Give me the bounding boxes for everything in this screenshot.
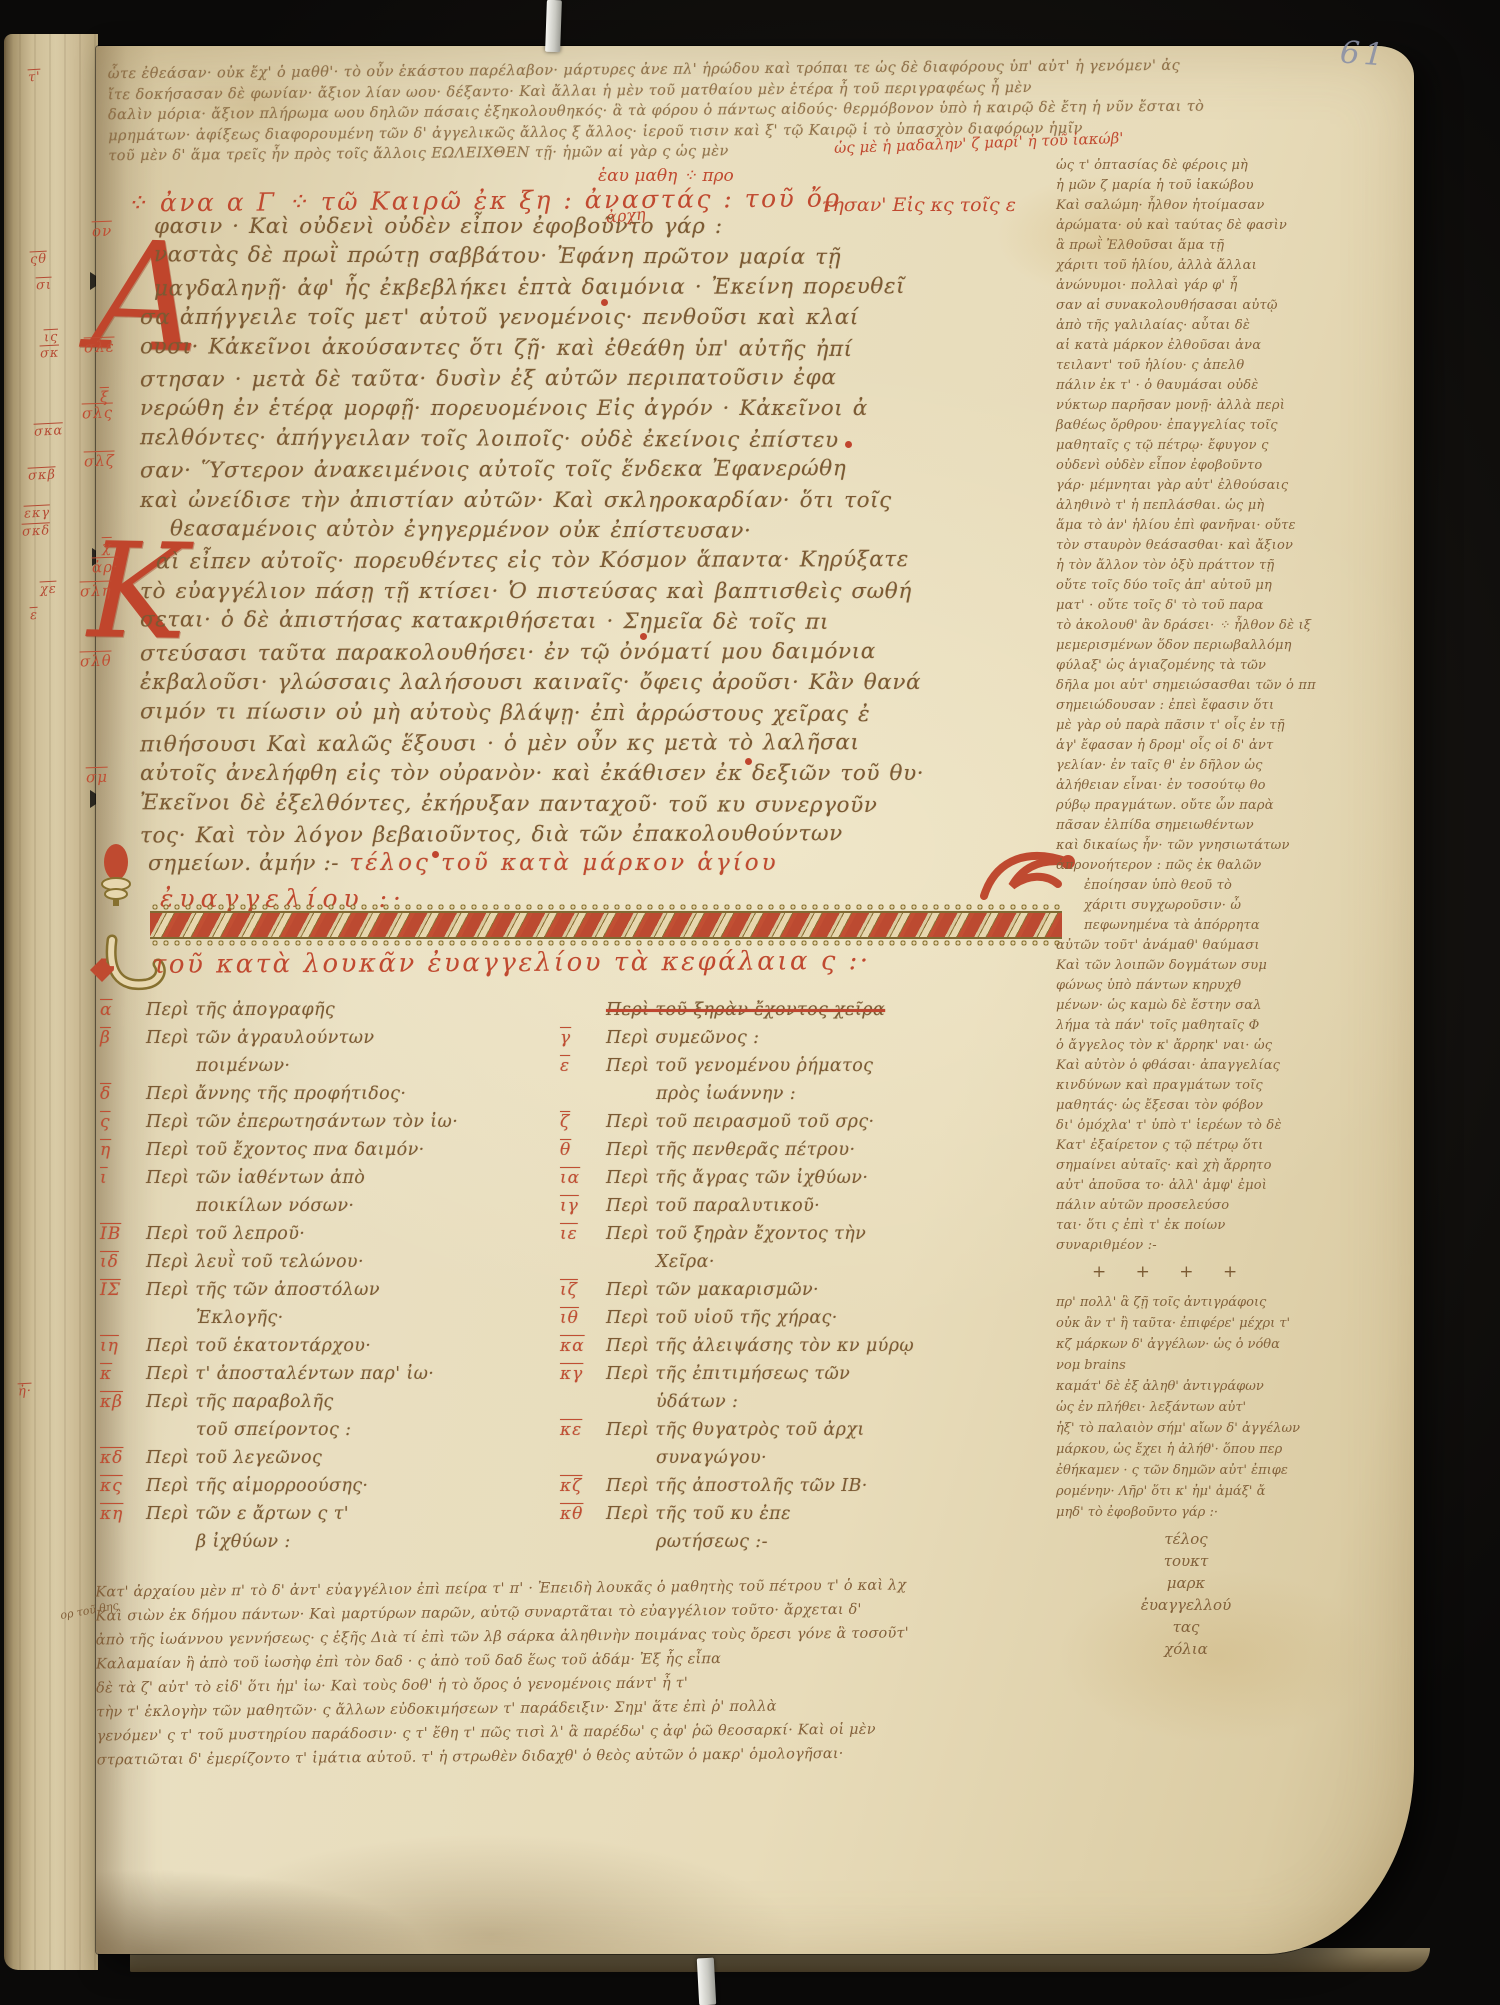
- chapter-title: Περὶ τοῦ λεγεῶνος: [146, 1448, 322, 1468]
- previous-page-section-number: σκδ: [22, 523, 51, 539]
- section-number: ἀρ·: [92, 558, 119, 577]
- text-line: πελθόντες· ἀπήγγειλαν τοῖς λοιποῖς· οὐδὲ…: [140, 423, 1052, 457]
- chapter-title: Περὶ τοῦ παραλυτικοῦ·: [606, 1196, 820, 1216]
- chapter-title: ποιμένων·: [196, 1056, 290, 1076]
- chapter-title: Περὶ τῶν ε ἄρτων ς τ': [146, 1504, 349, 1524]
- chapter-number: κθ: [560, 1504, 606, 1524]
- marginal-note-line: ἀπρονοήτερον : πῶς ἐκ θαλῶν: [1056, 856, 1352, 876]
- chapter-number: ιε: [560, 1224, 606, 1244]
- marginal-note-line: μηδ' τὸ ἐφοβοῦντο γάρ :·: [1056, 1502, 1352, 1523]
- bookmark-ribbon-top: [545, 0, 562, 52]
- marginal-note-line: ἀνώνυμοι· πολλαὶ γάρ φ' ἦ: [1056, 276, 1352, 296]
- text-line: Ἐκεῖνοι δὲ ἐξελθόντες, ἐκήρυξαν πανταχοῦ…: [140, 788, 1052, 822]
- text-line: θεασαμένοις αὐτὸν ἐγηγερμένον οὐκ ἐπίστε…: [140, 514, 1052, 548]
- kephalaia-title: τοῦ κατὰ λουκᾶν ἐυαγγελίου τὰ κεφάλαια ς…: [152, 946, 871, 980]
- chapter-number: ιγ: [560, 1196, 606, 1216]
- section-number: σμ: [86, 768, 109, 787]
- marginal-note-line: Καὶ αὐτὸν ὁ φθάσαι· ἀπαγγελίας: [1056, 1056, 1352, 1076]
- kephalaia-entry: α Περὶ τῆς ἀπογραφῆς: [100, 1000, 560, 1028]
- section-number: ον: [92, 222, 113, 241]
- text-line: πιθήσουσι Καὶ καλῶς ἕξουσι · ὁ μὲν οὖν κ…: [140, 727, 1052, 760]
- kephalaia-entry: κδ Περὶ τοῦ λεγεῶνος: [100, 1448, 560, 1476]
- marginal-note-line: χάριτι τοῦ ἡλίου, ἀλλὰ ἄλλαι: [1056, 256, 1352, 276]
- rubric-fragment: ἑαυ μαθη ⁘ προ: [598, 166, 734, 186]
- chapter-number: α: [100, 1000, 146, 1020]
- manuscript-photo: τ' ςθ σι ις σκ σκα σκβ εκγ σκδ χε ε ἠ·: [0, 0, 1500, 2005]
- marginal-note-line: πεφωνημένα τὰ ἀπόρρητα: [1056, 916, 1352, 936]
- marginal-note-line: κινδύνων καὶ πραγμάτων τοῖς: [1056, 1076, 1352, 1096]
- chapter-title: ποικίλων νόσων·: [196, 1196, 354, 1216]
- cross-marks: + + + +: [1092, 1262, 1249, 1282]
- previous-page-section-number: σι: [36, 278, 53, 294]
- marginal-note-line: νύκτωρ παρῆσαν μονῇ· ἀλλὰ περὶ: [1056, 396, 1352, 416]
- chapter-number: κβ: [100, 1392, 146, 1412]
- chapter-title: Περὶ τοῦ ἑκατοντάρχου·: [146, 1336, 371, 1356]
- chapter-title: Περὶ τ' ἀποσταλέντων παρ' ἰω·: [146, 1364, 434, 1384]
- chapter-title: Περὶ τοῦ γενομένου ῥήματος: [606, 1056, 873, 1076]
- chapter-number: ΙΒ: [100, 1224, 146, 1244]
- marginal-note-line: καὶ δικαίως ἦν· τῶν γνησιωτάτων: [1056, 836, 1352, 856]
- chapter-title: Περὶ τῶν ἐπερωτησάντων τὸν ἰω·: [146, 1112, 458, 1132]
- marginal-note-line: οὐκ ἂν τ' ἢ ταῦτα· ἐπιφέρε' μέχρι τ': [1056, 1313, 1352, 1334]
- kephalaia-entry: ιδ Περὶ λευῒ τοῦ τελώνου·: [100, 1252, 560, 1280]
- marginal-note-line: κζ μάρκων δ' ἀγγέλων· ὡς ὁ νόθα: [1056, 1334, 1352, 1355]
- marginal-note-line: πᾶσαν ἐλπίδα σημειωθέντων: [1056, 816, 1352, 836]
- band-dot-row-bottom: [150, 939, 1062, 947]
- kephalaia-entry: δ Περὶ ἄννης τῆς προφήτιδος·: [100, 1084, 560, 1112]
- marginal-note-line: πάλιν ἐκ τ' · ὁ θαυμάσαι οὐδὲ: [1056, 376, 1352, 396]
- marginal-note-line: φύλαξ' ὡς ἁγιαζομένης τὰ τῶν: [1056, 656, 1352, 676]
- marginal-note-line: οὐδενὶ οὐδὲν εἶπον ἐφοβοῦντο: [1056, 456, 1352, 476]
- kephalaia-entry: κα Περὶ τῆς ἀλειψάσης τὸν κν μύρῳ: [560, 1336, 1060, 1364]
- chapter-title: Περὶ συμεῶνος :: [606, 1028, 759, 1048]
- marginal-note-line: τὸ ἀκολουθ' ἂν δράσει· ⁘ ἦλθον δὲ ιξ: [1056, 616, 1352, 636]
- marginal-note-line: τὸν σταυρὸν θεάσασθαι· καὶ ἄξιον: [1056, 536, 1352, 556]
- section-number: σλς: [82, 403, 114, 422]
- band-dot-row-top: [150, 903, 1062, 911]
- marginal-note-line: μένων· ὡς καμὼ δὲ ἔστην σαλ: [1056, 996, 1352, 1016]
- marginal-note-line: ρομένην· Λῆρ' ὅτι κ' ἠμ' ἁμάξ' ἄ: [1056, 1481, 1352, 1502]
- gospel-text-block: φασιν · Καὶ οὐδενὶ οὐδὲν εἶπον ἐφοβοῦντο…: [140, 212, 1052, 851]
- chapter-number: ιη: [100, 1336, 146, 1356]
- colophon-line: τουκτ: [1076, 1550, 1296, 1572]
- marginal-note-line: Κατ' ἐξαίρετον ς τῷ πέτρῳ ὅτι: [1056, 1136, 1352, 1156]
- chapter-title: Περὶ τῆς πενθερᾶς πέτρου·: [606, 1140, 855, 1160]
- kephalaia-entry: τοῦ σπείροντος :: [100, 1420, 560, 1448]
- marginal-note-line: ἡξ' τὸ παλαιὸν σήμ' αἴων δ' ἀγγέλων: [1056, 1418, 1352, 1439]
- previous-page-section-number: ε: [30, 608, 39, 623]
- marginal-note-line: ἐθήκαμεν · ς τῶν δημῶν αὐτ' ἐπιφε: [1056, 1460, 1352, 1481]
- bottom-note-block: Κατ' ἀρχαίου μὲν π' τὸ δ' ἀντ' εὐαγγέλιο…: [95, 1572, 1127, 1773]
- chapter-title: Περὶ τοῦ ξηρὰν ἔχοντος χεῖρα: [606, 1000, 885, 1020]
- marginal-note-line: ἃ πρωῒ Ἐλθοῦσαι ἅμα τῇ: [1056, 236, 1352, 256]
- kephalaia-entry: ιθ Περὶ τοῦ υἱοῦ τῆς χήρας·: [560, 1308, 1060, 1336]
- marginal-note-line: οὔτε τοῖς δύο τοῖς ἀπ' αὐτοῦ μη: [1056, 576, 1352, 596]
- marginal-note-line: ρύβῳ πραγμάτων. οὔτε ὧν παρὰ: [1056, 796, 1352, 816]
- braided-divider-band: [150, 903, 1062, 947]
- page-edge-stack: [1406, 56, 1468, 1956]
- text-line: ναστὰς δὲ πρωῒ πρώτῃ σαββάτου· Ἐφάνη πρῶ…: [140, 241, 1052, 275]
- kephalaia-entry: ζ Περὶ τοῦ πειρασμοῦ τοῦ σρς·: [560, 1112, 1060, 1140]
- text-line: σα ἀπήγγειλε τοῖς μετ' αὐτοῦ γενομένοις·…: [140, 303, 1052, 333]
- marginal-note-line: μαθητάς· ὡς ἔξεσαι τὸν φόβον: [1056, 1096, 1352, 1116]
- band-rope-pattern: [150, 911, 1062, 939]
- section-number: σλθ: [80, 651, 112, 670]
- kephalaia-entry: ι Περὶ τῶν ἰαθέντων ἀπὸ: [100, 1168, 560, 1196]
- kephalaia-entry: ιγ Περὶ τοῦ παραλυτικοῦ·: [560, 1196, 1060, 1224]
- kephalaia-entry: β ἰχθύων :: [100, 1532, 560, 1560]
- text-line: στεύσασι ταῦτα παρακολουθήσει· ἐν τῷ ὀνό…: [140, 636, 1052, 669]
- chapter-number: η: [100, 1140, 146, 1160]
- marginal-note-line: ἀπὸ τῆς γαλιλαίας· αὗται δὲ: [1056, 316, 1352, 336]
- chapter-number: ζ: [560, 1112, 606, 1132]
- chapter-number: θ: [560, 1140, 606, 1160]
- marginal-note-line: ἐποίησαν ὑπὸ θεοῦ τὸ: [1056, 876, 1352, 896]
- chapter-number: ε: [560, 1056, 606, 1076]
- marginal-scholion-2: πρ' πολλ' ἃ ζῇ τοῖς ἀντιγράφοιςοὐκ ἂν τ'…: [1056, 1292, 1352, 1523]
- heading-cross-icon: +: [92, 950, 117, 985]
- kephalaia-entry: συναγώγου·: [560, 1448, 1060, 1476]
- kephalaia-entry: κθ Περὶ τῆς τοῦ κυ ἐπε: [560, 1504, 1060, 1532]
- kephalaia-entry: γ Περὶ συμεῶνος :: [560, 1028, 1060, 1056]
- chapter-number: κζ: [560, 1476, 606, 1496]
- marginal-note-line: πάλιν αὐτῶν προσελεύσο: [1056, 1196, 1352, 1216]
- chapter-number: κς: [100, 1476, 146, 1496]
- text-line: αὐτοῖς ἀνελήφθη εἰς τὸν οὐρανὸν· καὶ ἐκά…: [140, 759, 1052, 789]
- red-paragraph-dot: [745, 758, 752, 765]
- chapter-number: ιδ: [100, 1252, 146, 1272]
- chapter-title: Περὶ τῆς ἀποστολῆς τῶν ΙΒ·: [606, 1476, 868, 1496]
- marginal-note-line: ὡς ἐν πλήθει· λεξάντων αὐτ': [1056, 1397, 1352, 1418]
- explicit-line: σημείων. ἀμήν :- τέλος τοῦ κατὰ μάρκον ἁ…: [148, 850, 779, 876]
- marginal-note-line: γελίαν· ἐν ταῖς θ' ἐν δῆλον ὡς: [1056, 756, 1352, 776]
- chapter-title: Περὶ λευῒ τοῦ τελώνου·: [146, 1252, 364, 1272]
- previous-page-section-number: ςθ: [30, 252, 48, 268]
- chapter-title: Περὶ τῶν ἰαθέντων ἀπὸ: [146, 1168, 365, 1188]
- kephalaia-entry: κς Περὶ τῆς αἱμορροούσης·: [100, 1476, 560, 1504]
- text-line: φασιν · Καὶ οὐδενὶ οὐδὲν εἶπον ἐφοβοῦντο…: [140, 212, 1052, 242]
- chapter-number: β: [100, 1028, 146, 1048]
- chapter-number: κε: [560, 1420, 606, 1440]
- chapter-title: Περὶ τῶν μακαρισμῶν·: [606, 1280, 819, 1300]
- marginal-note-line: μὲ γὰρ οὐ παρὰ πᾶσιν τ' οἷς ἐν τῇ: [1056, 716, 1352, 736]
- text-line: τος· Καὶ τὸν λόγον βεβαιοῦντος, διὰ τῶν …: [140, 819, 1052, 852]
- chapter-title: συναγώγου·: [656, 1448, 767, 1468]
- chapter-title: Περὶ τοῦ ἔχοντος πνα δαιμόν·: [146, 1140, 425, 1160]
- marginal-scholion-1: ὡς τ' ὀπτασίας δὲ φέροις μὴἡ μῶν ζ μαρία…: [1056, 156, 1352, 1256]
- text-line: σιμόν τι πίωσιν οὐ μὴ αὐτοὺς βλάψῃ· ἐπὶ …: [140, 697, 1052, 731]
- marginal-note-line: καμάτ' δὲ ἐξ ἀληθ' ἀντιγράφων: [1056, 1376, 1352, 1397]
- chapter-title: Περὶ ἄννης τῆς προφήτιδος·: [146, 1084, 406, 1104]
- chapter-number: ιζ: [560, 1280, 606, 1300]
- kephalaia-entry: η Περὶ τοῦ ἔχοντος πνα δαιμόν·: [100, 1140, 560, 1168]
- chapter-number: γ: [560, 1028, 606, 1048]
- chapter-number: κα: [560, 1336, 606, 1356]
- kephalaia-entry: ΙΒ Περὶ τοῦ λεπροῦ·: [100, 1224, 560, 1252]
- marginal-note-line: φώνως ὑπὸ πάντων κηρυχθ: [1056, 976, 1352, 996]
- chapter-title: Περὶ τῆς ἄγρας τῶν ἰχθύων·: [606, 1168, 868, 1188]
- marginal-note-line: μάρκου, ὡς ἔχει ἡ ἀλήθ'· ὅπου περ: [1056, 1439, 1352, 1460]
- previous-page-edge: [4, 34, 98, 1970]
- chapter-title: Περὶ τῆς τοῦ κυ ἐπε: [606, 1504, 791, 1524]
- marginal-note-line: σαν αἱ συνακολουθήσασαι αὐτῷ: [1056, 296, 1352, 316]
- marginal-note-line: σημειώδουσαν : ἐπεὶ ἔφασιν ὅτι: [1056, 696, 1352, 716]
- red-paragraph-dot: [640, 633, 647, 640]
- chapter-title: Περὶ τῆς αἱμορροούσης·: [146, 1476, 368, 1496]
- explicit-red-text: τέλος τοῦ κατὰ μάρκον ἁγίου: [339, 850, 778, 876]
- kephalaia-entry: κ Περὶ τ' ἀποσταλέντων παρ' ἰω·: [100, 1364, 560, 1392]
- kephalaia-entry: Περὶ τοῦ ξηρὰν ἔχοντος χεῖρα: [560, 1000, 1060, 1028]
- marginal-note-line: ὁ ἄγγελος τὸν κ' ἄρρηκ' ναι· ὡς: [1056, 1036, 1352, 1056]
- chapter-title: Ἐκλογῆς·: [196, 1308, 284, 1328]
- chapter-title: Περὶ τῆς ἀπογραφῆς: [146, 1000, 335, 1020]
- kephalaia-entry: Χεῖρα·: [560, 1252, 1060, 1280]
- text-line: ουσι· Κἀκεῖνοι ἀκούσαντες ὅτι ζῇ· καὶ ἐθ…: [140, 332, 1052, 366]
- previous-page-section-number: ις: [44, 330, 59, 346]
- text-line: νερώθη ἐν ἑτέρᾳ μορφῇ· πορευομένοις Εἰς …: [140, 394, 1052, 424]
- chapter-title: πρὸς ἰωάννην :: [656, 1084, 796, 1104]
- marginal-note-line: μεμερισμένων ὅδον περιωβαλλόμη: [1056, 636, 1352, 656]
- kephalaia-entry: ια Περὶ τῆς ἄγρας τῶν ἰχθύων·: [560, 1168, 1060, 1196]
- kephalaia-entry: ΙΣ Περὶ τῆς τῶν ἀποστόλων: [100, 1280, 560, 1308]
- chapter-title: Περὶ τῶν ἀγραυλούντων: [146, 1028, 374, 1048]
- section-number: σλε: [84, 337, 115, 356]
- section-number: χ: [102, 538, 113, 556]
- kephalaia-entry: ιζ Περὶ τῶν μακαρισμῶν·: [560, 1280, 1060, 1308]
- marginal-note-line: ται· ὅτι ς ἐπὶ τ' ἐκ ποίων: [1056, 1216, 1352, 1236]
- marginal-note-line: ἀληθινὸ τ' ἡ πεπλάσθαι. ὡς μὴ: [1056, 496, 1352, 516]
- kephalaia-entry: Ἐκλογῆς·: [100, 1308, 560, 1336]
- marginal-note-line: δι' ὁμόχλα' τ' ὑπὸ τ' ἱερέων τὸ δὲ: [1056, 1116, 1352, 1136]
- kephalaia-entry: κβ Περὶ τῆς παραβολῆς: [100, 1392, 560, 1420]
- text-line: τὸ εὐαγγέλιον πάσῃ τῇ κτίσει· Ὁ πιστεύσα…: [140, 577, 1052, 607]
- marginal-note-line: χάριτι συγχωροῦσιν· ὦ: [1056, 896, 1352, 916]
- chapter-number: ια: [560, 1168, 606, 1188]
- kephalaia-column-left: α Περὶ τῆς ἀπογραφῆς β Περὶ τῶν ἀγραυλού…: [100, 1000, 560, 1560]
- kephalaia-entry: κγ Περὶ τῆς ἐπιτιμήσεως τῶν: [560, 1364, 1060, 1392]
- previous-page-section-number: εκγ: [24, 505, 51, 521]
- chapter-title: Περὶ τοῦ υἱοῦ τῆς χήρας·: [606, 1308, 838, 1328]
- chapter-title: Χεῖρα·: [656, 1252, 715, 1272]
- marginal-note-line: ματ' · οὔτε τοῖς δ' τὸ τοῦ παρα: [1056, 596, 1352, 616]
- kephalaia-entry: β Περὶ τῶν ἀγραυλούντων: [100, 1028, 560, 1056]
- previous-page-section-number: ἠ·: [18, 1384, 33, 1400]
- chapter-title: ρωτήσεως :-: [656, 1532, 768, 1552]
- marginal-note-line: Καὶ τῶν λοιπῶν δογμάτων συμ: [1056, 956, 1352, 976]
- red-paragraph-dot: [432, 851, 439, 858]
- marginal-note-line: μαθηταῖς ς τῷ πέτρῳ· ἔφυγον ς: [1056, 436, 1352, 456]
- colophon-line: τέλος: [1076, 1528, 1296, 1550]
- folio-number: 61: [1339, 34, 1389, 73]
- chapter-title: Περὶ τῆς παραβολῆς: [146, 1392, 334, 1412]
- section-number: σλζ: [84, 451, 116, 470]
- kephalaia-entry: ρωτήσεως :-: [560, 1532, 1060, 1560]
- marginal-note-line: ἀλήθειαν εἶναι· ἐν τοσούτῳ θο: [1056, 776, 1352, 796]
- marginal-note-line: αὐτῶν τοῦτ' ἀνάμαθ' θαύμασι: [1056, 936, 1352, 956]
- marginal-note-line: λήμα τὰ πάν' τοῖς μαθηταῖς Φ: [1056, 1016, 1352, 1036]
- previous-page-section-number: σκα: [34, 423, 64, 440]
- red-paragraph-dot: [845, 441, 852, 448]
- marginal-note-line: βαθέως ὄρθρου· ἐπαγγελίας τοῖς: [1056, 416, 1352, 436]
- kephalaia-entry: ε Περὶ τοῦ γενομένου ῥήματος: [560, 1056, 1060, 1084]
- kephalaia-entry: ιη Περὶ τοῦ ἑκατοντάρχου·: [100, 1336, 560, 1364]
- previous-page-section-number: χε: [40, 582, 58, 598]
- kephalaia-entry: κε Περὶ τῆς θυγατρὸς τοῦ ἀρχι: [560, 1420, 1060, 1448]
- chapter-title: τοῦ σπείροντος :: [196, 1420, 351, 1440]
- bookmark-ribbon-bottom: [697, 1958, 716, 2005]
- kephalaia-column-right: Περὶ τοῦ ξηρὰν ἔχοντος χεῖρα γ Περὶ συμε…: [560, 1000, 1060, 1560]
- text-line: σεται· ὁ δὲ ἀπιστήσας κατακριθήσεται · Σ…: [140, 606, 1052, 640]
- kephalaia-entry: πρὸς ἰωάννην :: [560, 1084, 1060, 1112]
- chapter-number: δ: [100, 1084, 146, 1104]
- text-line: ἐκβαλοῦσι· γλώσσαις λαλήσουσι καιναῖς· ὄ…: [140, 668, 1052, 698]
- marginal-note-line: ἁγ' ἔφασαν ἡ δρομ' οἷς οἱ δ' ἀντ: [1056, 736, 1352, 756]
- chapter-number: ι: [100, 1168, 146, 1188]
- kephalaia-entry: κη Περὶ τῶν ε ἄρτων ς τ': [100, 1504, 560, 1532]
- section-number: σλη: [80, 581, 112, 600]
- chapter-number: κ: [100, 1364, 146, 1384]
- text-line: σαν· Ὕστερον ἀνακειμένοις αὐτοῖς τοῖς ἕν…: [140, 454, 1052, 487]
- chapter-title: Περὶ τοῦ λεπροῦ·: [146, 1224, 305, 1244]
- chapter-number: ιθ: [560, 1308, 606, 1328]
- kephalaia-entry: ποικίλων νόσων·: [100, 1196, 560, 1224]
- marginal-note-line: τειλαντ' τοῦ ἡλίου· ς ἀπελθ: [1056, 356, 1352, 376]
- kephalaia-entry: κζ Περὶ τῆς ἀποστολῆς τῶν ΙΒ·: [560, 1476, 1060, 1504]
- marginal-note-line: ἡ τὸν ἄλλον τὸν ὀξὺ πράττον τῇ: [1056, 556, 1352, 576]
- text-line: καὶ ὠνείδισε τὴν ἀπιστίαν αὐτῶν· Καὶ σκλ…: [140, 486, 1052, 516]
- chapter-title: Περὶ τῆς ἐπιτιμήσεως τῶν: [606, 1364, 850, 1384]
- marginal-note-line: ἅμα τὸ ἀν' ἡλίου ἐπὶ φανῆναι· οὔτε: [1056, 516, 1352, 536]
- chapter-number: ς: [100, 1112, 146, 1132]
- chapter-title: ὑδάτων :: [656, 1392, 738, 1412]
- kephalaia-entry: ποιμένων·: [100, 1056, 560, 1084]
- previous-page-section-number: σκβ: [28, 467, 57, 483]
- chapter-number: κδ: [100, 1448, 146, 1468]
- marginal-note-line: νομ brains: [1056, 1355, 1352, 1376]
- chapter-title: Περὶ τῆς ἀλειψάσης τὸν κν μύρῳ: [606, 1336, 914, 1356]
- chapter-number: κγ: [560, 1364, 606, 1384]
- chapter-title: Περὶ τοῦ ξηρὰν ἔχοντος τὴν: [606, 1224, 866, 1244]
- marginal-note-line: αὐτ' ἀποῦσα το· ἀλλ' ἀμφ' ἐμοὶ: [1056, 1176, 1352, 1196]
- chapter-title: Περὶ τοῦ πειρασμοῦ τοῦ σρς·: [606, 1112, 875, 1132]
- kephalaia-entry: θ Περὶ τῆς πενθερᾶς πέτρου·: [560, 1140, 1060, 1168]
- kephalaia-entry: ὑδάτων :: [560, 1392, 1060, 1420]
- marginal-note-line: γάρ· μέμνηται γὰρ αὐτ' ἐλθούσαις: [1056, 476, 1352, 496]
- chapter-title: Περὶ τῆς θυγατρὸς τοῦ ἀρχι: [606, 1420, 865, 1440]
- marginal-note-line: σημαίνει αὐταῖς· καὶ χὴ ἄρρητο: [1056, 1156, 1352, 1176]
- marginal-note-line: ἡ μῶν ζ μαρία ἡ τοῦ ἰακώβου: [1056, 176, 1352, 196]
- kephalaia-entry: ιε Περὶ τοῦ ξηρὰν ἔχοντος τὴν: [560, 1224, 1060, 1252]
- previous-page-section-number: σκ: [40, 346, 60, 362]
- marginal-note-line: δῆλα μοι αὐτ' σημειώσασθαι τῶν ὁ ππ: [1056, 676, 1352, 696]
- text-line: στησαν · μετὰ δὲ ταῦτα· δυσὶν ἐξ αὐτῶν π…: [140, 363, 1052, 396]
- marginal-note-line: Καὶ σαλώμη· ἦλθον ἠτοίμασαν: [1056, 196, 1352, 216]
- marginal-note-line: πρ' πολλ' ἃ ζῇ τοῖς ἀντιγράφοις: [1056, 1292, 1352, 1313]
- previous-page-section-number: τ': [28, 70, 42, 86]
- marginal-note-line: αἱ κατὰ μάρκον ἐλθοῦσαι ἀνα: [1056, 336, 1352, 356]
- marginal-note-line: ὡς τ' ὀπτασίας δὲ φέροις μὴ: [1056, 156, 1352, 176]
- red-paragraph-dot: [601, 299, 608, 306]
- marginal-note-line: συναριθμέον :-: [1056, 1236, 1352, 1256]
- chapter-number: ΙΣ: [100, 1280, 146, 1300]
- text-line: μαγδαληνῇ· ἀφ' ἧς ἐκβεβλήκει ἑπτὰ δαιμόν…: [140, 271, 1052, 304]
- kephalaia-entry: ς Περὶ τῶν ἐπερωτησάντων τὸν ἰω·: [100, 1112, 560, 1140]
- text-line: αὶ εἶπεν αὐτοῖς· πορευθέντες εἰς τὸν Κόσ…: [140, 545, 1052, 578]
- chapter-number: κη: [100, 1504, 146, 1524]
- chapter-title: β ἰχθύων :: [196, 1532, 291, 1552]
- marginal-note-line: ἀρώματα· οὐ καὶ ταύτας δὲ φασὶν: [1056, 216, 1352, 236]
- chapter-title: Περὶ τῆς τῶν ἀποστόλων: [146, 1280, 380, 1300]
